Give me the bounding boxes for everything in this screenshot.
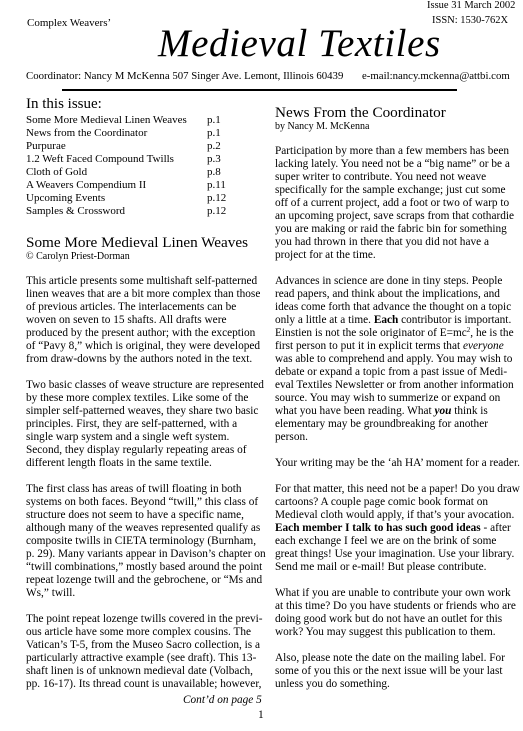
article-paragraph: This article presents some multishaft se…: [26, 275, 266, 366]
article-paragraph: The first class has areas of twill float…: [26, 483, 266, 600]
coordinator-address: Coordinator: Nancy M McKenna 507 Singer …: [26, 70, 343, 82]
text-run: For that matter, this need not be a pape…: [275, 483, 520, 521]
news-paragraph: Your writing may be the ‘ah HA’ moment f…: [275, 457, 520, 470]
toc-item-page: p.11: [207, 179, 247, 192]
toc-item-title: Cloth of Gold: [26, 166, 207, 179]
bold-text: Each: [374, 314, 398, 326]
toc-item[interactable]: 1.2 Weft Faced Compound Twillsp.3: [26, 153, 266, 166]
news-paragraph: Also, please note the date on the mailin…: [275, 652, 520, 691]
bold-italic-text: you: [434, 405, 451, 417]
article-heading: Some More Medieval Linen Weaves: [26, 234, 266, 251]
toc-item-title: 1.2 Weft Faced Compound Twills: [26, 153, 207, 166]
toc-item-title: Samples & Crossword: [26, 205, 207, 218]
news-paragraph: What if you are unable to contribute you…: [275, 587, 520, 639]
toc-item[interactable]: Upcoming Eventsp.12: [26, 192, 266, 205]
right-column: News From the Coordinator by Nancy M. Mc…: [275, 104, 520, 704]
article-byline: © Carolyn Priest-Dorman: [26, 251, 266, 263]
newsletter-title: Medieval Textiles: [158, 21, 441, 67]
toc-item-page: p.2: [207, 140, 247, 153]
publisher-name: Complex Weavers’: [27, 17, 111, 29]
toc-item[interactable]: Cloth of Goldp.8: [26, 166, 266, 179]
article-paragraph: Two basic classes of weave structure are…: [26, 379, 266, 470]
table-of-contents: Some More Medieval Linen Weavesp.1 News …: [26, 114, 266, 218]
toc-item-title: News from the Coordinator: [26, 127, 207, 140]
toc-item[interactable]: A Weavers Compendium IIp.11: [26, 179, 266, 192]
toc-item-page: p.12: [207, 192, 247, 205]
toc-heading: In this issue:: [26, 96, 266, 112]
coordinator-email[interactable]: e-mail:nancy.mckenna@attbi.com: [362, 70, 510, 82]
toc-item-title: Purpurae: [26, 140, 207, 153]
toc-item[interactable]: News from the Coordinatorp.1: [26, 127, 266, 140]
italic-text: everyone: [463, 340, 504, 352]
bold-text: Each member I talk to has such good idea…: [275, 522, 481, 534]
toc-item-page: p.1: [207, 127, 247, 140]
toc-item-page: p.8: [207, 166, 247, 179]
news-paragraph: For that matter, this need not be a pape…: [275, 483, 520, 574]
toc-item-page: p.12: [207, 205, 247, 218]
news-paragraph: Participation by more than a few members…: [275, 145, 520, 262]
left-column: In this issue: Some More Medieval Linen …: [26, 96, 266, 704]
toc-item-title: Some More Medieval Linen Weaves: [26, 114, 207, 127]
news-paragraph: Advances in science are done in tiny ste…: [275, 275, 520, 444]
toc-item-page: p.3: [207, 153, 247, 166]
coordinator-news-byline: by Nancy M. McKenna: [275, 121, 520, 133]
page-number: 1: [258, 709, 264, 721]
masthead-rule: [62, 89, 457, 91]
toc-item[interactable]: Samples & Crosswordp.12: [26, 205, 266, 218]
issn: ISSN: 1530-762X: [432, 15, 508, 26]
article-paragraph: The point repeat lozenge twills covered …: [26, 613, 266, 691]
coordinator-news-heading: News From the Coordinator: [275, 104, 520, 121]
toc-item-title: Upcoming Events: [26, 192, 207, 205]
toc-item[interactable]: Purpuraep.2: [26, 140, 266, 153]
toc-item[interactable]: Some More Medieval Linen Weavesp.1: [26, 114, 266, 127]
issue-date: Issue 31 March 2002: [427, 0, 515, 11]
toc-item-page: p.1: [207, 114, 247, 127]
toc-item-title: A Weavers Compendium II: [26, 179, 207, 192]
continued-notice[interactable]: Cont’d on page 5: [183, 694, 262, 706]
